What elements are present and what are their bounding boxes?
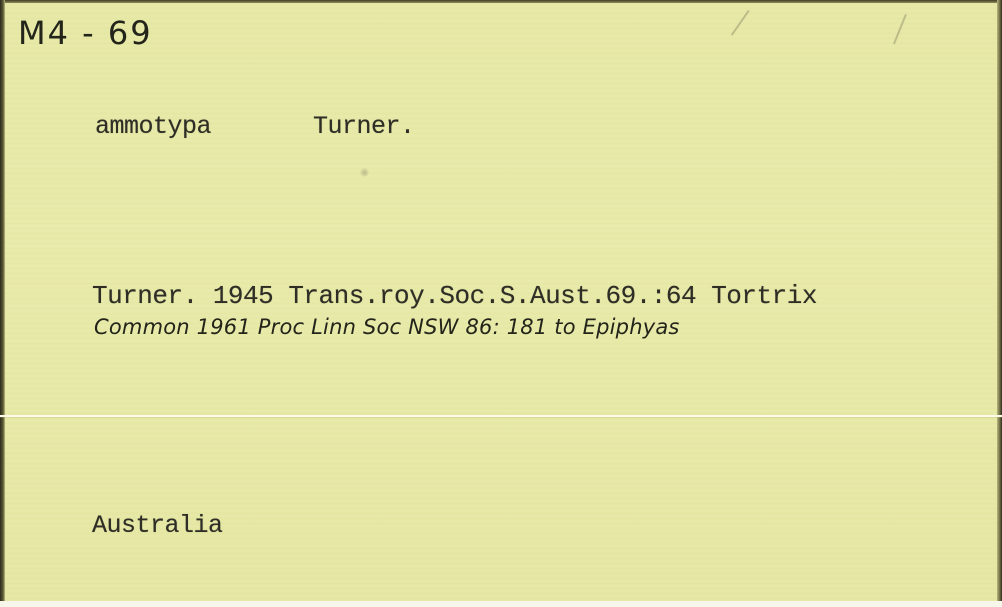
locality: Australia: [92, 511, 223, 540]
pencil-mark: [731, 10, 750, 36]
pencil-mark: [893, 14, 907, 44]
card-top-edge: [0, 0, 1002, 3]
catalog-number: M4 - 69: [18, 14, 153, 52]
handwritten-reference: Common 1961 Proc Linn Soc NSW 86: 181 to…: [94, 315, 680, 339]
card-right-edge: [997, 0, 1002, 601]
pin-hole: [360, 168, 369, 177]
species-name: ammotypa: [95, 112, 211, 141]
index-card: M4 - 69 ammotypa Turner. Turner. 1945 Tr…: [0, 0, 1002, 601]
scan-bottom-margin: [0, 601, 1002, 607]
typed-reference: Turner. 1945 Trans.roy.Soc.S.Aust.69.:64…: [92, 281, 817, 311]
card-crease-line: [0, 415, 1002, 417]
card-left-edge: [0, 0, 5, 601]
species-author: Turner.: [313, 112, 415, 141]
